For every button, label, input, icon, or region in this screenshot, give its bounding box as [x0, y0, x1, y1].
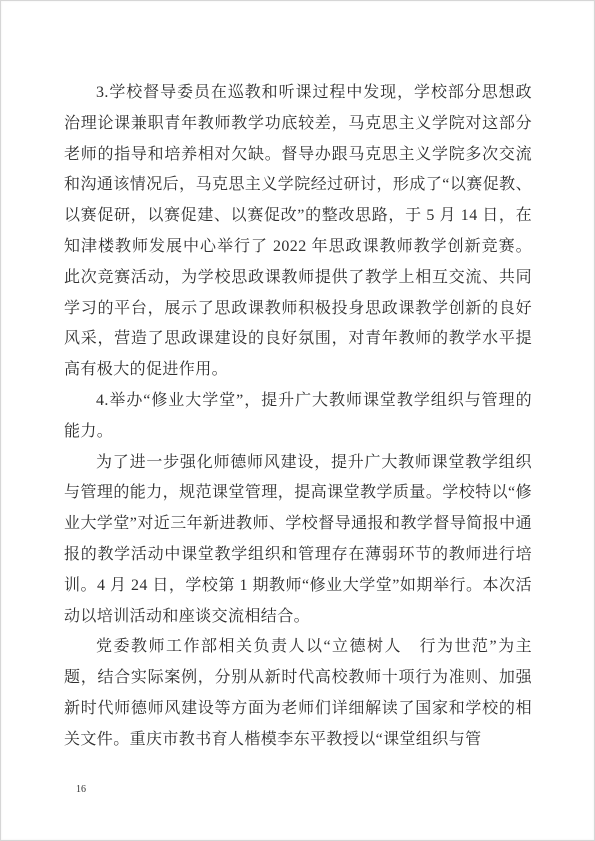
- paragraph-3: 为了进一步强化师德师风建设，提升广大教师课堂教学组织与管理的能力，规范课堂管理，…: [64, 448, 532, 633]
- document-page: 3.学校督导委员在巡教和听课过程中发现，学校部分思想政治理论课兼职青年教师教学功…: [0, 0, 595, 841]
- page-number: 16: [76, 784, 86, 796]
- paragraph-1: 3.学校督导委员在巡教和听课过程中发现，学校部分思想政治理论课兼职青年教师教学功…: [64, 78, 532, 386]
- paragraph-4: 党委教师工作部相关负责人以“立德树人 行为世范”为主题，结合实际案例，分别从新时…: [64, 632, 532, 755]
- paragraph-2: 4.举办“修业大学堂”，提升广大教师课堂教学组织与管理的能力。: [64, 386, 532, 448]
- page-body-text: 3.学校督导委员在巡教和听课过程中发现，学校部分思想政治理论课兼职青年教师教学功…: [64, 78, 532, 756]
